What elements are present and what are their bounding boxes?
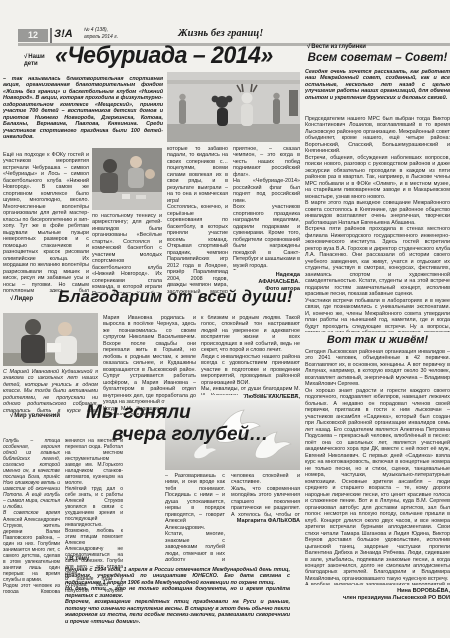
district-news-lead: Сегодня очень хочется рассказать, как ра…	[305, 69, 450, 115]
cheburiada-col1: Ещё на подходе к ФОКу гостей и участнико…	[3, 152, 89, 292]
headline-vsem-sovetam: Всем советам – Совет!	[305, 52, 450, 64]
pigeons-col1-intro: Голубь – птица особенная, героиня одной …	[3, 438, 60, 516]
pigeons-col1-rest: Алексей Александрович Струков, житель де…	[3, 517, 60, 593]
cheburiada-col3: которые то забавно падали, то кидались н…	[167, 146, 228, 293]
section-label-text: Мир увлечений	[14, 413, 60, 419]
photo-children-crafts	[92, 148, 162, 210]
check-icon: √	[307, 44, 310, 50]
newspaper-page: 12 З!А № 4 (138), апрель 2014 г. Жизнь б…	[0, 0, 450, 638]
header-divider	[50, 28, 52, 43]
cheburiada-col2: по настольному теннису и армрестлингу; д…	[92, 213, 162, 293]
section-label-text: В тему	[69, 556, 89, 562]
section-label-lider: √Лидер	[10, 296, 33, 303]
section-label-text: Лидер	[14, 296, 33, 302]
section-label-text: Наши дети	[24, 54, 45, 67]
cheburiada-col4: приятное, – сказал чемпион, – это когда …	[233, 146, 300, 270]
v-temu-text: Начиная с 1994 года, 1 апреля в России о…	[65, 567, 290, 633]
check-icon: √	[24, 54, 27, 60]
check-icon: √	[10, 296, 13, 302]
headline-gratitude: Благодарим от всей души!	[58, 288, 302, 307]
section-label-mir-uvlechenij: √Мир увлечений	[10, 413, 60, 420]
living-author: Нина ВОРОБЬЁВА, член президиума Лысковск…	[305, 588, 450, 602]
headline-vot-tak-i-zhivem: Вот так и живём!	[305, 334, 450, 346]
living-body: Сегодня Лысковская районная организация …	[305, 349, 450, 585]
gratitude-photo-caption: С Марией Ивановной Кудашкиной я знакома …	[3, 369, 98, 415]
check-icon: √	[10, 413, 13, 419]
section-label-v-temu: √В тему	[65, 556, 89, 563]
photo-kudashkina	[3, 313, 98, 366]
cheburiada-lead: – так называлась благотворительная спорт…	[3, 76, 163, 148]
pigeons-author: Маргарита ФАЛЬКОВА	[231, 518, 300, 525]
section-label-vesti: √Вести из глубинки	[307, 44, 366, 51]
photo-mascots-gym	[167, 72, 300, 142]
district-news-body: Председателем нашего МРС был выбран тогд…	[305, 116, 450, 332]
newspaper-logo: З!А	[54, 28, 73, 40]
pigeons-col4: человека спокойней и счастливее. Жаль, ч…	[231, 473, 300, 517]
gratitude-col3: к близким и родным людям. Такой голос, с…	[201, 315, 300, 395]
headline-pigeons-line1: Мы гоняли	[86, 402, 191, 424]
pigeons-col3: – Разговариваешь с ними, и они вроде как…	[165, 473, 225, 561]
newspaper-slogan: Жизнь без границ!	[178, 28, 263, 39]
section-label-text: Вести из глубинки	[311, 44, 366, 50]
headline-pigeons-line2: вчера голубей…	[112, 424, 268, 446]
headline-cheburiada: «Чебуриада – 2014»	[55, 42, 295, 70]
page-number: 12	[18, 29, 48, 42]
section-label-nashi-deti: √Наши дети	[24, 54, 45, 68]
check-icon: √	[65, 556, 68, 562]
issue-info: № 4 (138), апрель 2014 г.	[84, 27, 118, 40]
